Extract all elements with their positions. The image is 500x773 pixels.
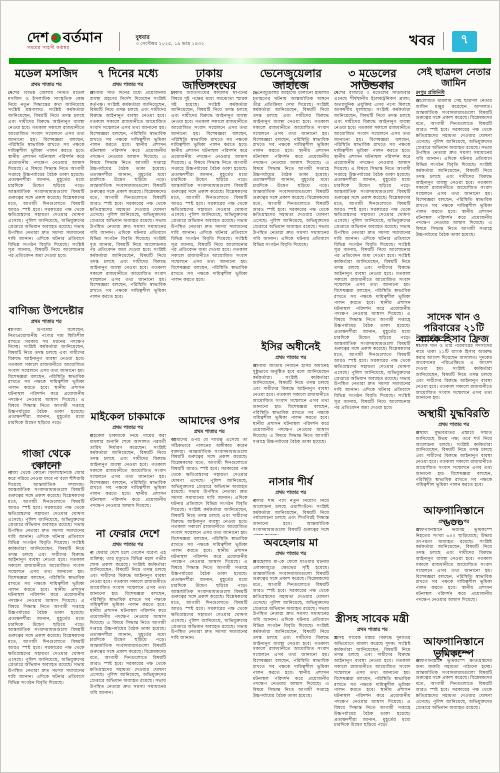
story-seven-days: ৭ দিনের মধ্যে প্রথম পাতার পর আগামী সাত দ… (90, 67, 167, 409)
story-michael-chakma: মাইকেল চাকমাকে প্রথম পাতার পর মাইকেল চাক… (90, 409, 167, 526)
edition-day: বুধবার (136, 35, 204, 42)
story-sadek-khan: সাদেক খান ও পরিবারের ২১টি ব্যাংক হিসাব ফ… (416, 309, 493, 406)
story-no-return: না ফেরার দেশে প্রথম পাতার পর না ফেরার দে… (90, 526, 167, 768)
story-byline: প্রথম পাতার পর (90, 542, 167, 551)
story-byline: রংপুর প্রতিনিধি (416, 90, 493, 99)
story-headline: আফগানিস্তানে ৬০০ (416, 506, 493, 519)
story-body: না ফেরার দেশে চলে গেলেন বরেণ্য এই ব্যক্ত… (90, 551, 167, 768)
masthead-logo: দেশ বর্তমান সময়ের সাহসী কণ্ঠস্বর (27, 31, 103, 52)
story-headline: মাইকেল চাকমাকে (90, 412, 167, 425)
story-ex-minister-wife: স্ত্রীসহ সাবেক মন্ত্রী প্রথম পাতার পর স্… (334, 611, 411, 768)
story-byline: প্রথম পাতার পর (253, 355, 330, 364)
story-headline: অস্থায়ী যুদ্ধবিরতি (416, 409, 493, 422)
story-headline: সেই ছাত্রদল নেতার জামিন (416, 67, 493, 90)
story-headline: নাসার শীর্ষ (253, 477, 330, 490)
section-label: খবর (409, 29, 435, 53)
masthead-divider (119, 32, 120, 51)
page-number-badge: ৭ (452, 31, 477, 52)
story-headline: আমাদের ওপর (171, 416, 248, 429)
story-byline: প্রথম পাতার পর (171, 429, 248, 438)
red-green-globe-icon (51, 33, 61, 43)
section-divider (443, 32, 444, 50)
story-venezuela-ship: ভেনেজুয়েলার জাহাজে প্রথম পাতার পর ভেনেজ… (253, 67, 330, 339)
story-body: ভেনেজুয়েলার জাহাজে চালানো হামলায় হতাহত… (253, 91, 330, 339)
news-column-6: সেই ছাত্রদল নেতার জামিন রংপুর প্রতিনিধি … (416, 67, 493, 768)
story-headline: গাজা থেকে কোনো (8, 449, 85, 462)
masthead-right: খবর ৭ (409, 29, 477, 53)
story-byline: প্রথম পাতার পর (90, 425, 167, 434)
story-un-dhaka: ঢাকায় জাতিসংঘের প্রথম পাতার পর ঢাকায় জ… (171, 67, 248, 413)
story-headline: ৭ দিনের মধ্যে (90, 67, 167, 82)
story-under-ec: ইসির অধীনেই প্রথম পাতার পর আগামী জাতীয় … (253, 339, 330, 474)
story-body: আফগানিস্তানে ভূমিকম্পে ক্ষতিগ্রস্তদের জন… (416, 659, 493, 729)
story-body: বাণিজ্য উপদেষ্টা বলেছেন, নিত্যপ্রয়োজনীয… (8, 328, 85, 446)
story-byline: প্রথম পাতার পর (334, 627, 411, 636)
story-body: আগামী জাতীয় নির্বাচন ইসির অধীনেই সুষ্ঠু… (253, 364, 330, 474)
columns-wrap: মডেল মসজিদ প্রথম পাতার পর দেশের বিভিন্ন … (1, 64, 499, 768)
story-body: গাজা থেকে কোনো ফিলিস্তিনিকে জোর করে সরিয… (8, 471, 85, 768)
story-body: আমাদের ওপর যে দায়িত্ব এসেছে তা সঠিকভাবে… (171, 438, 248, 768)
story-headline: স্ত্রীসহ সাবেক মন্ত্রী (334, 614, 411, 627)
story-headline: ৩ মডেলের সাউন্ডবার (334, 67, 411, 82)
edition-block: বুধবার ৩ সেপ্টেম্বর ২০২৫, ১৯ ভাদ্র ১৪৩২ (136, 35, 204, 48)
story-on-us: আমাদের ওপর প্রথম পাতার পর আমাদের ওপর যে … (171, 413, 248, 768)
story-byline: প্রথম পাতার পর (416, 422, 493, 431)
story-byline: প্রথম পাতার পর (8, 82, 85, 91)
story-headline: ভেনেজুয়েলার জাহাজে (253, 67, 330, 82)
story-headline: বাণিজ্য উপদেষ্টার (8, 306, 85, 319)
story-body: আলোচিত মামলায় সেই ছাত্রদল নেতার জামিন ম… (416, 99, 493, 309)
story-byline: প্রথম পাতার পর (253, 490, 330, 499)
news-column-4: ভেনেজুয়েলার জাহাজে প্রথম পাতার পর ভেনেজ… (253, 67, 330, 768)
story-chhatradal-bail: সেই ছাত্রদল নেতার জামিন রংপুর প্রতিনিধি … (416, 67, 493, 309)
masthead: দেশ বর্তমান সময়ের সাহসী কণ্ঠস্বর বুধবার… (1, 1, 499, 54)
news-column-5: ৩ মডেলের সাউন্ডবার দেশ বর্তমান ডেস্ক দেশ… (334, 67, 411, 768)
story-body: নাসার শীর্ষ পদে নতুন নিয়োগ নিয়ে আলোচনা… (253, 499, 330, 535)
story-neglected-mother: অবহেলায় মা প্রথম পাতার পর অবহেলায় মা-ক… (253, 535, 330, 768)
story-temporary-ceasefire: অস্থায়ী যুদ্ধবিরতি প্রথম পাতার পর অস্থা… (416, 406, 493, 503)
story-byline: প্রথম পাতার পর (90, 82, 167, 91)
story-commerce-adviser: বাণিজ্য উপদেষ্টার প্রথম পাতার পর বাণিজ্য… (8, 303, 85, 446)
story-afghanistan-600: আফগানিস্তানে ৬০০ প্রথম পাতার পর আফগানিস্… (416, 503, 493, 634)
story-model-mosque: মডেল মসজিদ প্রথম পাতার পর দেশের বিভিন্ন … (8, 67, 85, 303)
logo-row: দেশ বর্তমান (27, 31, 103, 45)
news-column-2: ৭ দিনের মধ্যে প্রথম পাতার পর আগামী সাত দ… (90, 67, 167, 768)
story-headline: আফগানিস্তানে ভূমিকম্পে (416, 637, 493, 650)
newspaper-page: দেশ বর্তমান সময়ের সাহসী কণ্ঠস্বর বুধবার… (0, 0, 500, 773)
logo-text-left: দেশ (27, 31, 49, 45)
news-column-3: ঢাকায় জাতিসংঘের প্রথম পাতার পর ঢাকায় জ… (171, 67, 248, 768)
brand-block: দেশ বর্তমান সময়ের সাহসী কণ্ঠস্বর বুধবার… (27, 31, 204, 52)
edition-date: ৩ সেপ্টেম্বর ২০২৫, ১৯ ভাদ্র ১৪৩২ (136, 42, 204, 48)
story-byline: প্রথম পাতার পর (8, 319, 85, 328)
story-headline: অবহেলায় মা (253, 538, 330, 551)
story-nasa-top: নাসার শীর্ষ প্রথম পাতার পর নাসার শীর্ষ প… (253, 474, 330, 535)
story-byline: প্রথম পাতার পর (253, 551, 330, 560)
logo-tagline: সময়ের সাহসী কণ্ঠস্বর (27, 47, 103, 52)
story-body: আগামী সাত দিনের মধ্যে প্রয়োজনীয় ব্যবস্… (90, 91, 167, 409)
story-body: সাদেক খান ও তার পরিবারের সদস্যদের নামে থ… (416, 344, 493, 406)
story-gaza: গাজা থেকে কোনো প্রথম পাতার পর গাজা থেকে … (8, 446, 85, 768)
story-body: ঢাকায় জাতিসংঘের কার্যালয় স্থাপনের বিষয… (171, 91, 248, 413)
story-body: দেশের বিভিন্ন জেলায় নির্মিত মডেল মসজিদ … (8, 91, 85, 303)
story-headline: না ফেরার দেশে (90, 529, 167, 542)
story-body: মাইকেল চাকমাকে নিয়ে দায়ের করা মামলার শ… (90, 434, 167, 526)
story-headline: ঢাকায় জাতিসংঘের (171, 67, 248, 82)
story-headline: ইসির অধীনেই (253, 342, 330, 355)
story-headline: সাদেক খান ও পরিবারের ২১টি ব্যাংক হিসাব ফ… (416, 312, 493, 335)
story-body: অস্থায়ী যুদ্ধবিরতির প্রস্তাবে সম্মতি জা… (416, 431, 493, 503)
story-soundbar: ৩ মডেলের সাউন্ডবার দেশ বর্তমান ডেস্ক দেশ… (334, 67, 411, 611)
story-headline: মডেল মসজিদ (8, 67, 85, 82)
story-body: দেশের বাজারে ৩ মডেলের সাউন্ডবার এনেছে শী… (334, 91, 411, 611)
news-column-1: মডেল মসজিদ প্রথম পাতার পর দেশের বিভিন্ন … (8, 67, 85, 768)
story-body: আফগানিস্তানে ভয়াবহ ভূমিকম্পে নিহতের সংখ… (416, 528, 493, 634)
story-afghanistan-quake: আফগানিস্তানে ভূমিকম্পে প্রথম পাতার পর আফ… (416, 634, 493, 729)
story-body: স্ত্রীসহ সাবেক মন্ত্রীর বিরুদ্ধে দুর্নীত… (334, 636, 411, 768)
story-body: অবহেলায় মা-কে ফেলে যাওয়ার ঘটনায় এলাকা… (253, 560, 330, 768)
logo-text-right: বর্তমান (63, 31, 103, 45)
